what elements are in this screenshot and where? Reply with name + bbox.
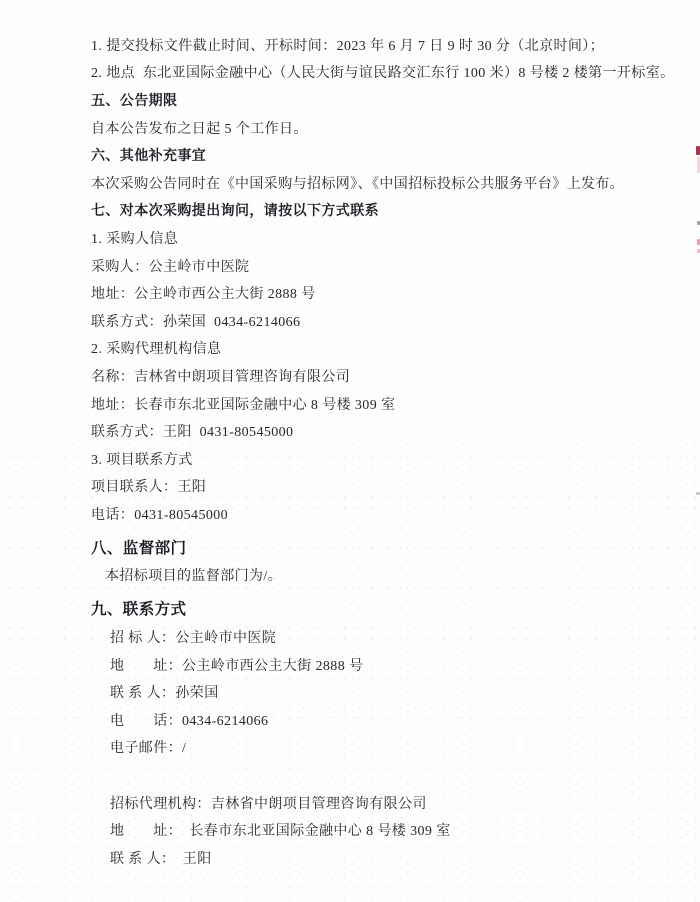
scan-edge-mark	[696, 146, 700, 155]
heading-announcement-period: 五、公告期限	[91, 86, 686, 114]
line-agent-name: 招标代理机构：吉林省中朗项目管理咨询有限公司	[91, 789, 686, 817]
heading-contact: 九、联系方式	[91, 595, 686, 621]
line-project-contact-name: 项目联系人：王阳	[91, 473, 686, 501]
heading-inquiry-contact: 七、对本次采购提出询问，请按以下方式联系	[91, 197, 686, 225]
heading-supervision: 八、监督部门	[91, 534, 686, 560]
line-purchaser-address: 地址：公主岭市西公主大街 2888 号	[91, 279, 686, 307]
line-agency-info-title: 2. 采购代理机构信息	[91, 335, 686, 363]
line-tenderer-email: 电子邮件：/	[91, 734, 686, 762]
line-agency-name: 名称：吉林省中朗项目管理咨询有限公司	[91, 362, 686, 390]
line-tenderer-phone: 电 话：0434-6214066	[91, 706, 686, 734]
heading-supplementary: 六、其他补充事宜	[91, 141, 686, 169]
line-agent-address: 地 址： 长春市东北亚国际金融中心 8 号楼 309 室	[91, 816, 686, 844]
line-agency-contact: 联系方式：王阳 0431-80545000	[91, 417, 686, 445]
line-publish-platforms: 本次采购公告同时在《中国采购与招标网》、《中国招标投标公共服务平台》上发布。	[91, 169, 686, 197]
line-tenderer: 招 标 人：公主岭市中医院	[91, 623, 686, 651]
document-body: 1. 提交投标文件截止时间、开标时间：2023 年 6 月 7 日 9 时 30…	[91, 31, 686, 872]
line-period: 自本公告发布之日起 5 个工作日。	[91, 114, 686, 142]
line-purchaser-name: 采购人：公主岭市中医院	[91, 252, 686, 280]
line-blank	[91, 761, 686, 789]
scanned-document-page: 1. 提交投标文件截止时间、开标时间：2023 年 6 月 7 日 9 时 30…	[0, 0, 700, 902]
line-supervision-dept: 本招标项目的监督部门为/。	[91, 562, 686, 590]
line-project-contact-title: 3. 项目联系方式	[91, 445, 686, 473]
line-deadline-time: 1. 提交投标文件截止时间、开标时间：2023 年 6 月 7 日 9 时 30…	[91, 31, 686, 59]
scan-edge-mark	[696, 492, 700, 495]
line-project-contact-phone: 电话：0431-80545000	[91, 500, 686, 528]
line-tenderer-contact: 联 系 人：孙荣国	[91, 678, 686, 706]
line-location: 2. 地点 东北亚国际金融中心（人民大街与谊民路交汇东行 100 米）8 号楼 …	[91, 59, 686, 87]
line-agency-address: 地址：长春市东北亚国际金融中心 8 号楼 309 室	[91, 390, 686, 418]
line-purchaser-info-title: 1. 采购人信息	[91, 224, 686, 252]
scan-edge-artifacts	[694, 0, 700, 902]
line-agent-contact: 联 系 人： 王阳	[91, 844, 686, 872]
line-tenderer-address: 地 址：公主岭市西公主大街 2888 号	[91, 651, 686, 679]
line-purchaser-contact: 联系方式：孙荣国 0434-6214066	[91, 307, 686, 335]
